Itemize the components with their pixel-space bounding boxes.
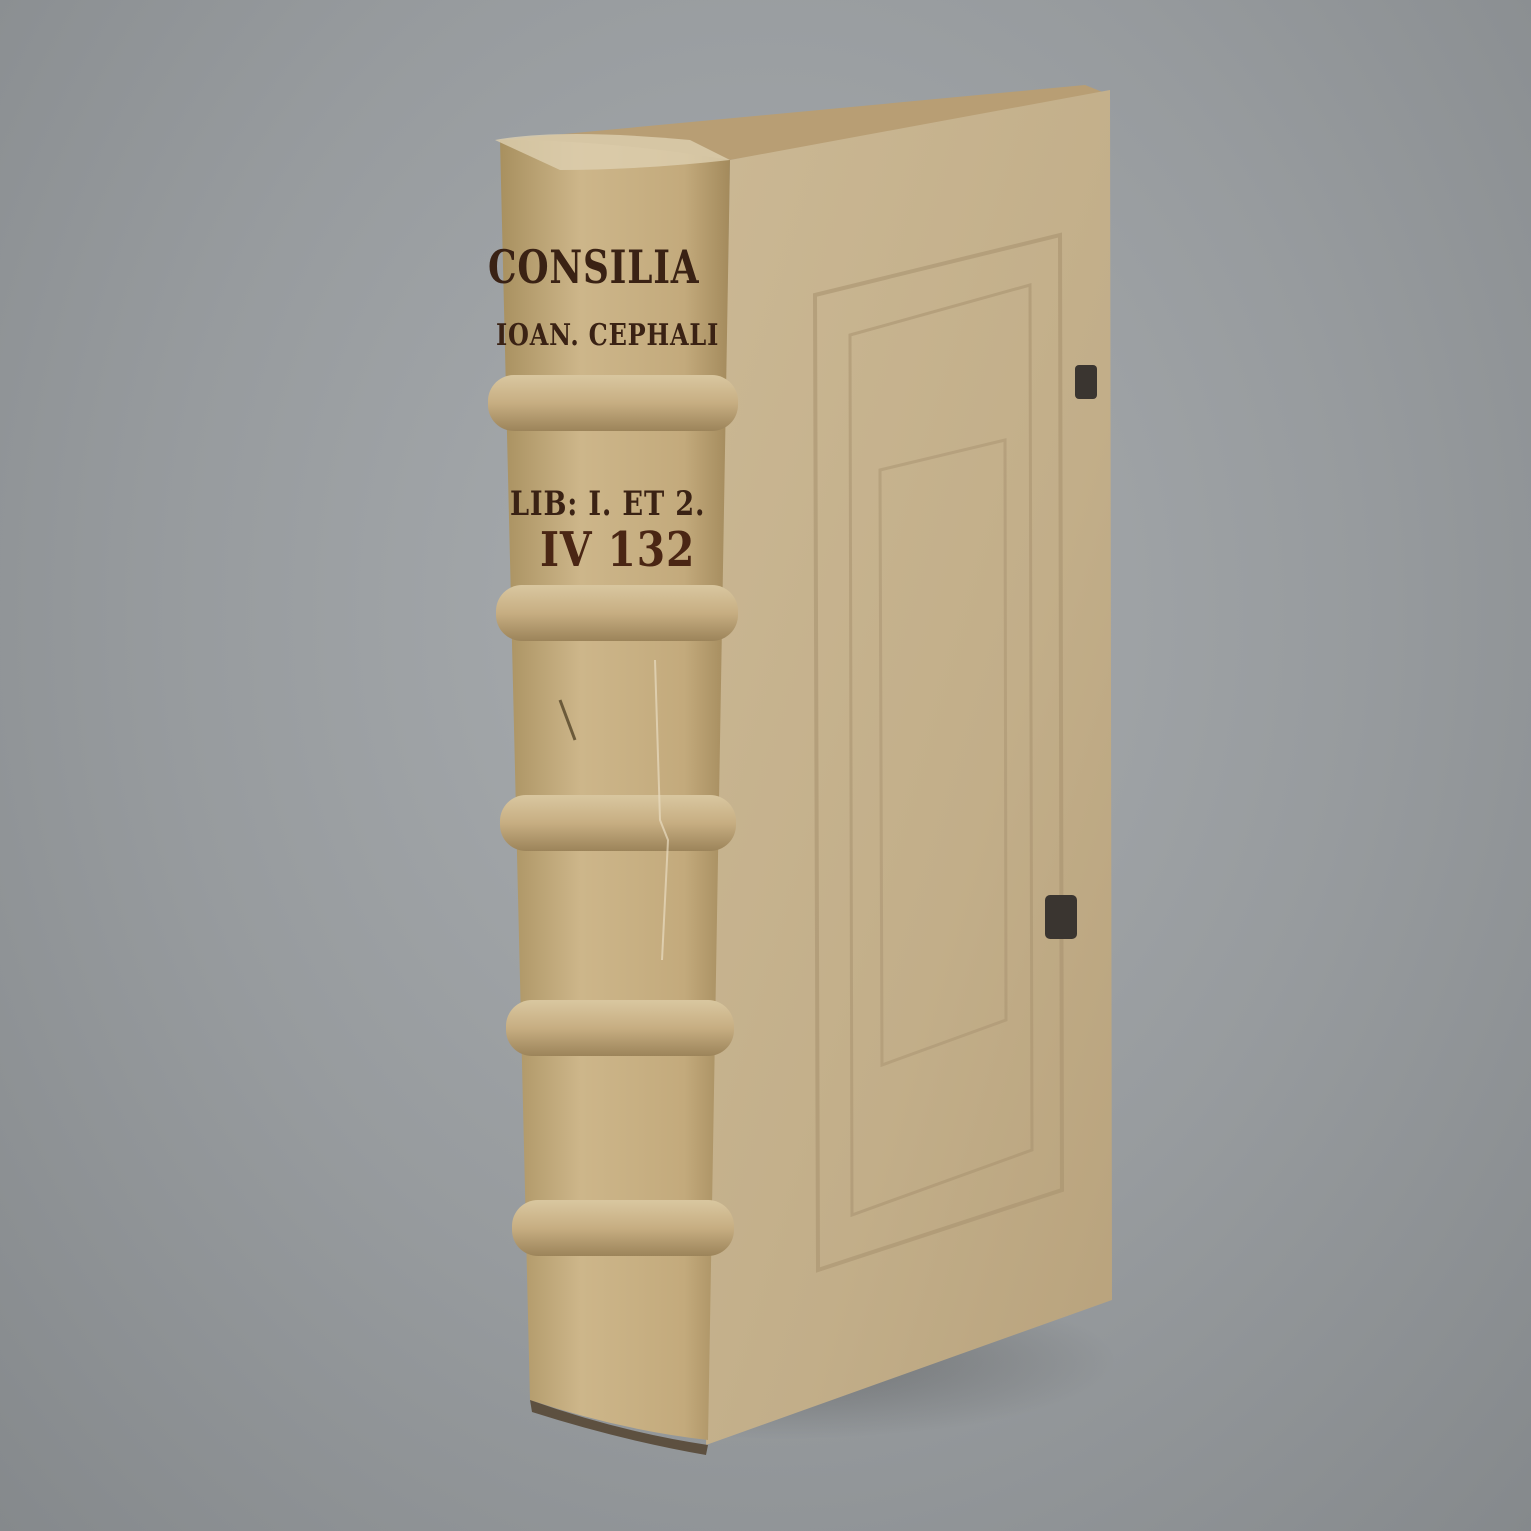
book — [0, 0, 1531, 1531]
clasp-bottom — [1045, 895, 1077, 939]
spine-title: CONSILIA — [488, 240, 699, 294]
clasp-top — [1075, 365, 1097, 399]
spine-author: IOAN. CEPHALI — [496, 318, 719, 353]
spine-volume: LIB: I. ET 2. — [510, 484, 705, 524]
spine-shelf-mark: IV 132 — [540, 522, 695, 578]
